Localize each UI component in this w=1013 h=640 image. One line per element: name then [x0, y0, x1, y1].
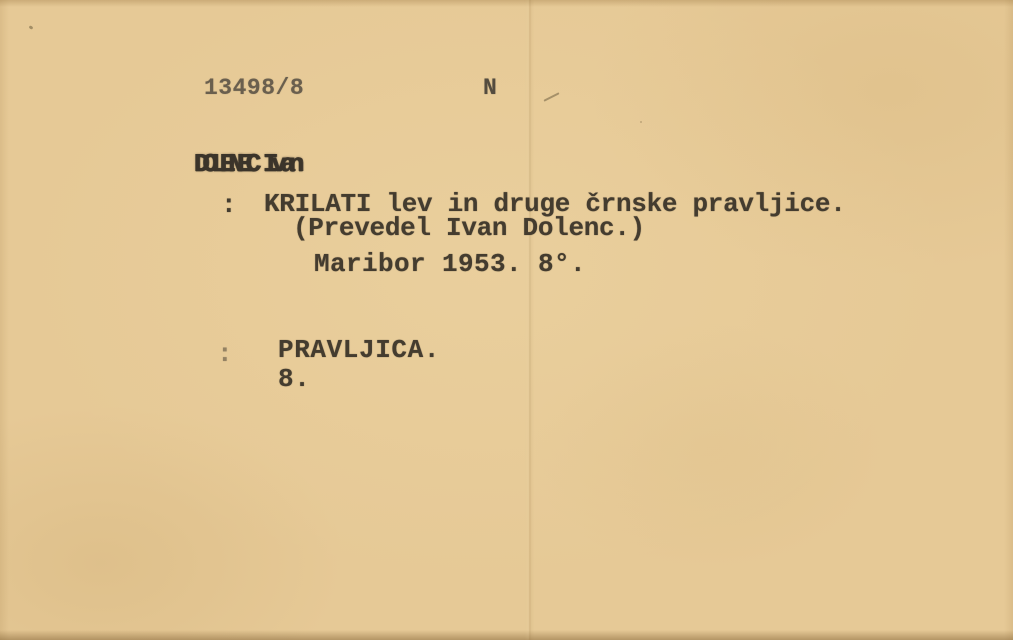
entry-colon: :	[221, 192, 236, 218]
paper-edge-shading	[0, 0, 1013, 640]
subject-number: 8.	[278, 366, 310, 392]
vertical-crease	[529, 0, 531, 640]
title-line-2: (Prevedel Ivan Dolenc.)	[293, 215, 645, 241]
subject-heading: PRAVLJICA.	[278, 337, 440, 363]
imprint: Maribor 1953. 8°.	[314, 251, 586, 277]
call-number: 13498/8	[204, 77, 304, 100]
paper-speck	[640, 121, 642, 123]
paper-speck	[29, 25, 34, 30]
section-letter: N	[483, 77, 497, 100]
catalog-card: 13498/8 N DOLENEC Ivan : KRILATI lev in …	[0, 0, 1013, 640]
subject-colon: :	[217, 341, 232, 367]
author-heading: DOLENEC Ivan	[194, 151, 297, 177]
pencil-mark	[543, 92, 559, 101]
